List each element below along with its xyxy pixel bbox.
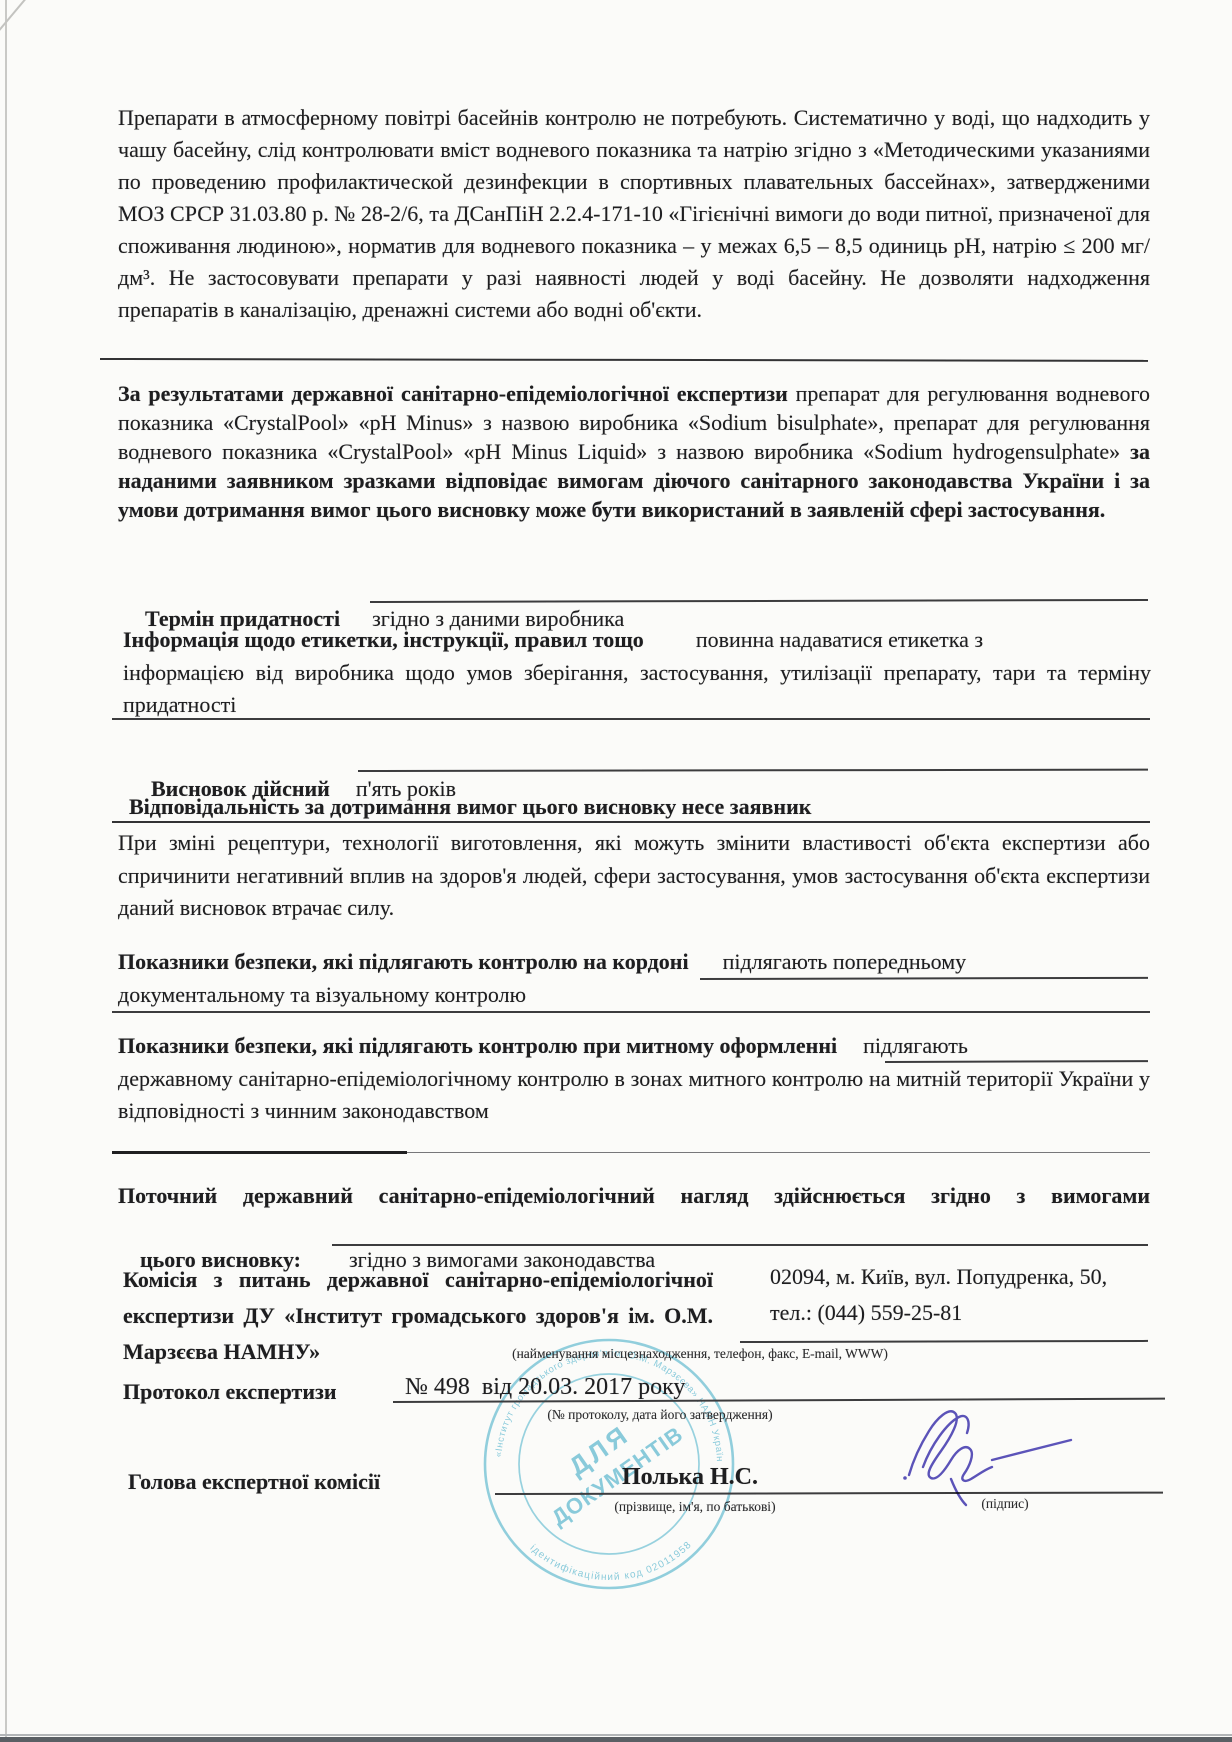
protocol-caption: (№ протоколу, дата його затвердження): [520, 1407, 800, 1422]
responsibility-heading: Відповідальність за дотримання вимог цьо…: [129, 791, 1159, 823]
underline-rule-border-full: [112, 1011, 1150, 1013]
field-customs-control-value-2: державному санітарно-епідеміологічному к…: [118, 1066, 1150, 1124]
field-customs-control: Показники безпеки, які підлягають контро…: [118, 1030, 1150, 1128]
separator-rule-dark-segment: [112, 1151, 407, 1154]
signature-stroke-top: [923, 1416, 969, 1467]
underline-rule-label-info: [112, 718, 1150, 720]
sign-name-caption: (прізвище, ім'я, по батькові): [545, 1499, 845, 1514]
underline-rule-commission: [740, 1340, 1148, 1343]
stamp-ring-text-bottom: ідентифікаційний код 02011958: [528, 1539, 695, 1583]
signature-ink-dot: [903, 1476, 907, 1480]
field-border-control-label: Показники безпеки, які підлягають контро…: [118, 949, 689, 974]
signature-stroke-tail: [992, 1440, 1071, 1460]
scan-left-edge: [5, 0, 7, 1742]
conclusion-paragraph: За результатами державної санітарно-епід…: [118, 379, 1150, 524]
intro-paragraph: Препарати в атмосферному повітрі басейні…: [118, 102, 1150, 326]
field-label-info-label: Інформація щодо етикетки, інструкції, пр…: [123, 627, 644, 652]
protocol-label: Протокол експертизи: [123, 1376, 337, 1408]
field-customs-control-value-1: підлягають: [863, 1033, 968, 1058]
scan-bottom-strip: [0, 1737, 1232, 1742]
responsibility-paragraph: При зміні рецептури, технології виготовл…: [118, 827, 1150, 925]
commission-address-line1: 02094, м. Київ, вул. Попудренка, 50,: [770, 1264, 1107, 1289]
field-border-control-value-1: підлягають попередньому: [723, 949, 967, 974]
underline-rule-intro: [100, 358, 1148, 362]
underline-rule-supervision: [332, 1244, 1148, 1246]
field-label-info-value-2: інформацією від виробника щодо умов збер…: [123, 660, 1151, 718]
field-label-info: Інформація щодо етикетки, інструкції, пр…: [123, 624, 1151, 722]
handwritten-signature: [893, 1399, 1093, 1519]
underline-rule-conclusion-valid: [358, 769, 1148, 772]
underline-rule-responsibility: [112, 821, 1150, 823]
commission-address: 02094, м. Київ, вул. Попудренка, 50, тел…: [770, 1259, 1162, 1331]
scan-bottom-hairline: [0, 1734, 1232, 1736]
protocol-value: № 498 від 20.03. 2017 року: [405, 1371, 685, 1403]
field-border-control-value-2: документальному та візуальному контролю: [118, 982, 526, 1007]
field-label-info-value-1: повинна надаватися етикетка з: [696, 627, 983, 652]
sign-name: Полька Н.С.: [530, 1461, 850, 1493]
field-customs-control-label: Показники безпеки, які підлягають контро…: [118, 1033, 837, 1058]
scan-corner-mark: [0, 0, 26, 32]
field-supervision-label-line1: Поточний державний санітарно-епідеміолог…: [118, 1180, 1150, 1212]
commission-address-line2: тел.: (044) 559-25-81: [770, 1300, 962, 1325]
sign-role-label: Голова експертної комісії: [128, 1466, 380, 1498]
conclusion-lead: За результатами державної санітарно-епід…: [118, 381, 788, 406]
scanned-document-page: «Інститут громадського здоров'я ім. О.М.…: [0, 0, 1232, 1742]
commission-caption: (найменування місцезнаходження, телефон,…: [490, 1346, 910, 1361]
signature-stroke-descender: [951, 1479, 966, 1505]
